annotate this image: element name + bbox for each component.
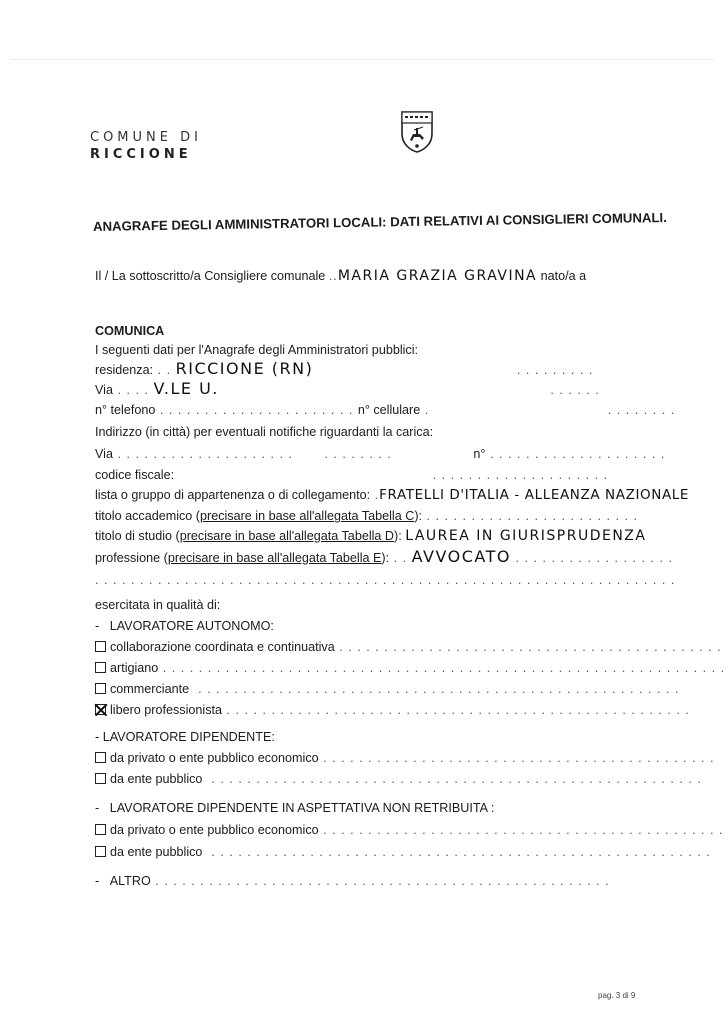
checkbox-checked[interactable] [95, 704, 106, 715]
via2-label: Via [95, 447, 113, 461]
altro-field[interactable]: . . . . . . . . . . . . . . . . . . . . … [151, 874, 610, 888]
option-dip-privato: da privato o ente pubblico economico . .… [95, 750, 715, 766]
checkbox[interactable] [95, 683, 106, 694]
comunica-heading: COMUNICA [95, 323, 164, 339]
option-commerciante: commerciante . . . . . . . . . . . . . .… [95, 681, 679, 697]
option-artigiano: artigiano . . . . . . . . . . . . . . . … [95, 660, 725, 676]
signer-name-field[interactable]: MARIA GRAZIA GRAVINA [338, 268, 537, 284]
section-heading-aspettativa: - LAVORATORE DIPENDENTE IN ASPETTATIVA N… [95, 800, 494, 816]
scan-artifact-line [10, 59, 715, 60]
option-asp-pubblico: da ente pubblico . . . . . . . . . . . .… [95, 844, 711, 860]
tabella-e-note: precisare in base all'allegata Tabella E [168, 551, 382, 565]
titolo-studio-field[interactable]: LAUREA IN GIURISPRUDENZA [405, 528, 646, 544]
dash: - [95, 874, 99, 888]
lista-label: lista o gruppo di appartenenza o di coll… [95, 488, 370, 502]
cellulare-label: n° cellulare [358, 403, 420, 417]
numero-label: n° [473, 447, 485, 461]
indirizzo-label: Indirizzo (in città) per eventuali notif… [95, 424, 433, 440]
option-label: da privato o ente pubblico economico [110, 823, 319, 837]
signer-label: Il / La sottoscritto/a Consigliere comun… [95, 269, 325, 283]
codice-fiscale-label: codice fiscale: [95, 468, 174, 482]
professione-row: professione (precisare in base all'alleg… [95, 549, 673, 566]
via-label: Via [95, 383, 113, 397]
via-row: Via . . . . V.LE U. . . . . . . [95, 381, 600, 398]
option-label: libero professionista [110, 703, 222, 717]
signer-row: Il / La sottoscritto/a Consigliere comun… [95, 268, 586, 284]
heading-text: LAVORATORE DIPENDENTE: [103, 730, 275, 744]
titolo-accademico-row: titolo accademico (precisare in base all… [95, 508, 638, 524]
dash: - [95, 730, 99, 744]
titolo-studio-label: titolo di studio [95, 529, 172, 543]
option-label: artigiano [110, 661, 158, 675]
residenza-row: residenza: . . RICCIONE (RN) . . . . . .… [95, 361, 593, 378]
heading-text: LAVORATORE DIPENDENTE IN ASPETTATIVA NON… [110, 801, 495, 815]
tabella-c-note: precisare in base all'allegata Tabella C [200, 509, 414, 523]
section-heading-autonomo: - LAVORATORE AUTONOMO: [95, 618, 274, 634]
heading-text: LAVORATORE AUTONOMO: [110, 619, 274, 633]
org-line-2: RICCIONE [90, 146, 202, 163]
born-label: nato/a a [541, 269, 587, 283]
checkbox[interactable] [95, 662, 106, 673]
comunica-lead: I seguenti dati per l'Anagrafe degli Amm… [95, 342, 418, 358]
telefono-row: n° telefono . . . . . . . . . . . . . . … [95, 402, 675, 418]
option-dip-pubblico: da ente pubblico . . . . . . . . . . . .… [95, 771, 702, 787]
checkbox[interactable] [95, 752, 106, 763]
professione-label: professione [95, 551, 160, 565]
dash: - [95, 801, 99, 815]
lista-field[interactable]: FRATELLI D'ITALIA - ALLEANZA NAZIONALE [379, 487, 689, 503]
coat-of-arms-icon [400, 110, 434, 154]
option-label: da ente pubblico [110, 845, 202, 859]
checkbox[interactable] [95, 641, 106, 652]
municipality-name: COMUNE DI RICCIONE [90, 129, 202, 163]
option-label: da privato o ente pubblico economico [110, 751, 319, 765]
residenza-field[interactable]: RICCIONE (RN) [176, 359, 314, 378]
option-label: commerciante [110, 682, 189, 696]
heading-text: ALTRO [110, 874, 151, 888]
option-asp-privato: da privato o ente pubblico economico . .… [95, 822, 725, 838]
titolo-accademico-label: titolo accademico [95, 509, 192, 523]
via-field[interactable]: V.LE U. [153, 379, 218, 398]
checkbox[interactable] [95, 824, 106, 835]
section-heading-dipendente: - LAVORATORE DIPENDENTE: [95, 729, 275, 745]
option-collaborazione: collaborazione coordinata e continuativa… [95, 639, 725, 655]
checkbox[interactable] [95, 846, 106, 857]
titolo-studio-row: titolo di studio (precisare in base all'… [95, 528, 646, 544]
via2-row: Via . . . . . . . . . . . . . . . . . . … [95, 446, 665, 462]
professione-continuation-line[interactable]: . . . . . . . . . . . . . . . . . . . . … [95, 572, 675, 588]
residenza-label: residenza: [95, 363, 153, 377]
option-label: collaborazione coordinata e continuativa [110, 640, 335, 654]
codice-fiscale-row: codice fiscale: . . . . . . . . . . . . … [95, 467, 608, 483]
dash: - [95, 619, 99, 633]
option-label: da ente pubblico [110, 772, 202, 786]
lista-row: lista o gruppo di appartenenza o di coll… [95, 487, 689, 503]
section-heading-altro: - ALTRO . . . . . . . . . . . . . . . . … [95, 873, 610, 889]
option-libero-professionista: libero professionista . . . . . . . . . … [95, 702, 690, 718]
esercitata-label: esercitata in qualità di: [95, 597, 220, 613]
telefono-label: n° telefono [95, 403, 155, 417]
checkbox[interactable] [95, 773, 106, 784]
org-line-1: COMUNE DI [90, 129, 202, 146]
tabella-d-note: precisare in base all'allegata Tabella D [180, 529, 394, 543]
page-number: pag. 3 di 9 [598, 991, 635, 1000]
professione-field[interactable]: AVVOCATO [412, 547, 511, 566]
form-title: ANAGRAFE DEGLI AMMINISTRATORI LOCALI: DA… [93, 210, 667, 234]
